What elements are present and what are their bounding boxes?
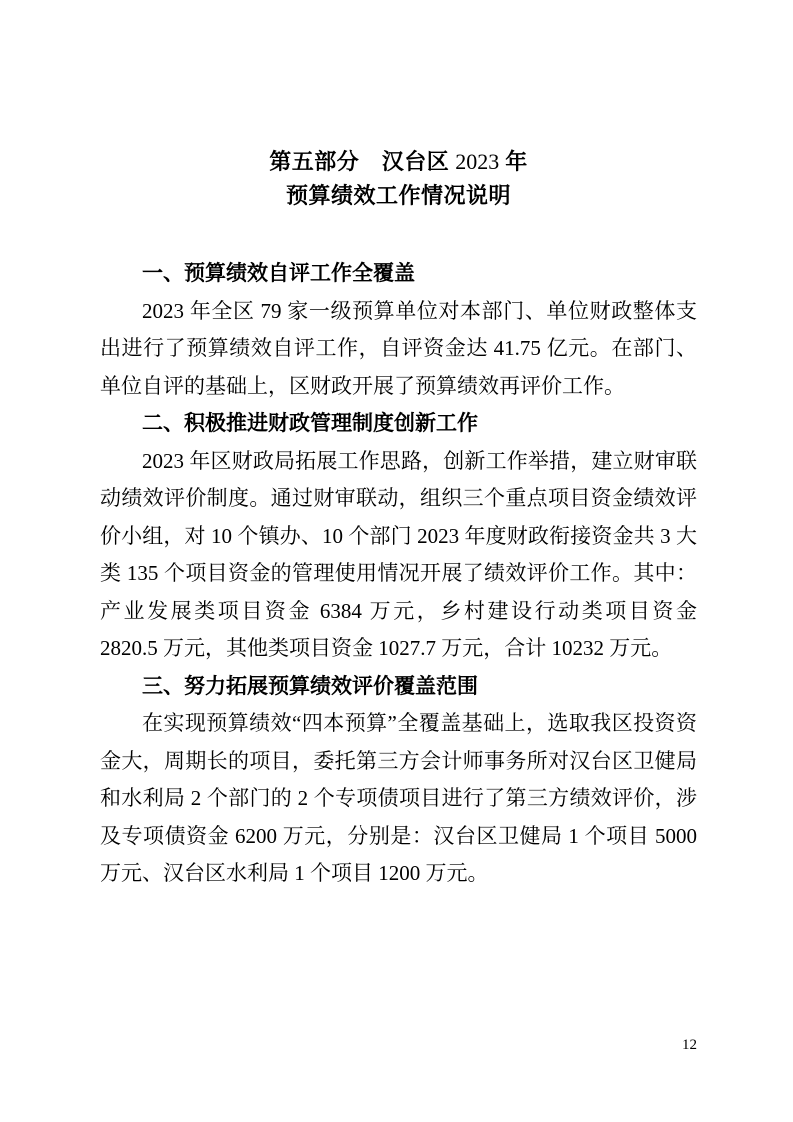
document-title: 第五部分 汉台区2023年 预算绩效工作情况说明 [100, 0, 697, 213]
section-1-heading: 一、预算绩效自评工作全覆盖 [100, 255, 697, 293]
page-footer: 12 [100, 1036, 697, 1054]
title-line-1-year: 2023 [455, 149, 499, 174]
section-3: 三、努力拓展预算绩效评价覆盖范围 在实现预算绩效“四本预算”全覆盖基础上，选取我… [100, 668, 697, 893]
section-1-paragraph: 2023 年全区 79 家一级预算单位对本部门、单位财政整体支出进行了预算绩效自… [100, 293, 697, 406]
section-2-heading: 二、积极推进财政管理制度创新工作 [100, 405, 697, 443]
document-body: 一、预算绩效自评工作全覆盖 2023 年全区 79 家一级预算单位对本部门、单位… [100, 255, 697, 893]
title-line-1: 第五部分 汉台区2023年 [100, 145, 697, 179]
section-2: 二、积极推进财政管理制度创新工作 2023 年区财政局拓展工作思路，创新工作举措… [100, 405, 697, 668]
section-2-paragraph: 2023 年区财政局拓展工作思路，创新工作举措，建立财审联动绩效评价制度。通过财… [100, 443, 697, 668]
title-line-1-suffix: 年 [505, 149, 528, 174]
page-number: 12 [682, 1037, 697, 1053]
document-page: 第五部分 汉台区2023年 预算绩效工作情况说明 一、预算绩效自评工作全覆盖 2… [0, 0, 793, 1122]
section-3-heading: 三、努力拓展预算绩效评价覆盖范围 [100, 668, 697, 706]
section-3-paragraph: 在实现预算绩效“四本预算”全覆盖基础上，选取我区投资资金大，周期长的项目，委托第… [100, 705, 697, 893]
title-line-2: 预算绩效工作情况说明 [100, 179, 697, 213]
section-1: 一、预算绩效自评工作全覆盖 2023 年全区 79 家一级预算单位对本部门、单位… [100, 255, 697, 405]
title-line-1-text: 第五部分 汉台区 [269, 149, 449, 174]
